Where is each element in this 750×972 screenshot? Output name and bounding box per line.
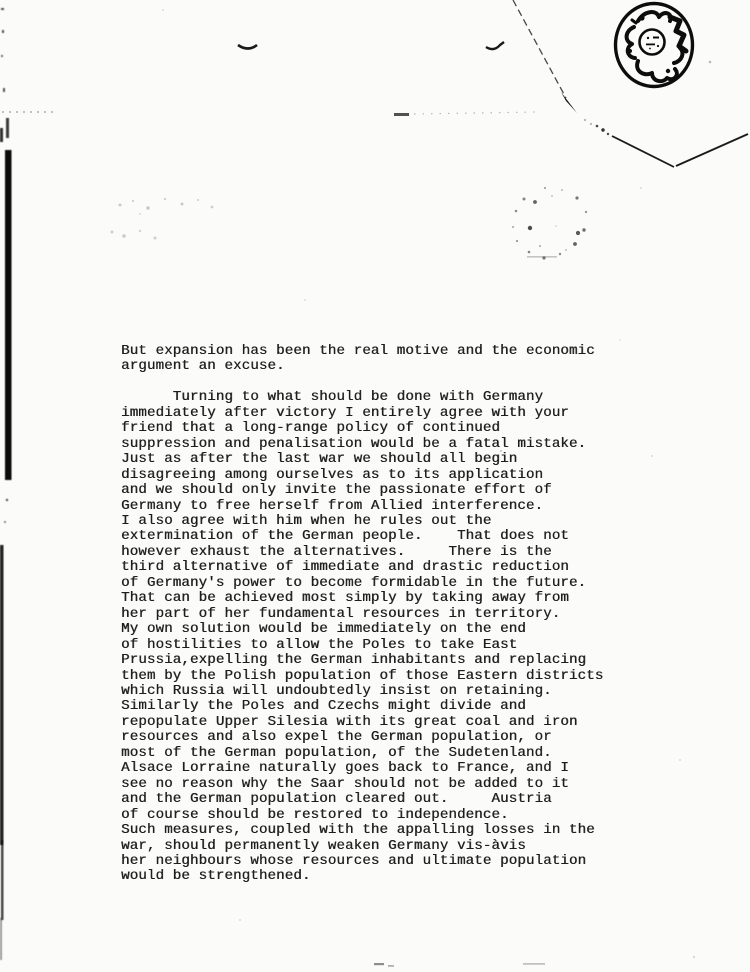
film-edge-artifacts: [0, 8, 12, 960]
scanned-letter-page: But expansion has been the real motive a…: [0, 0, 750, 972]
faint-stamp-impression: [512, 187, 587, 260]
pencil-smudges: [111, 198, 214, 240]
letter-body-text: But expansion has been the real motive a…: [121, 344, 603, 885]
heraldic-seal-icon: [612, 1, 696, 89]
